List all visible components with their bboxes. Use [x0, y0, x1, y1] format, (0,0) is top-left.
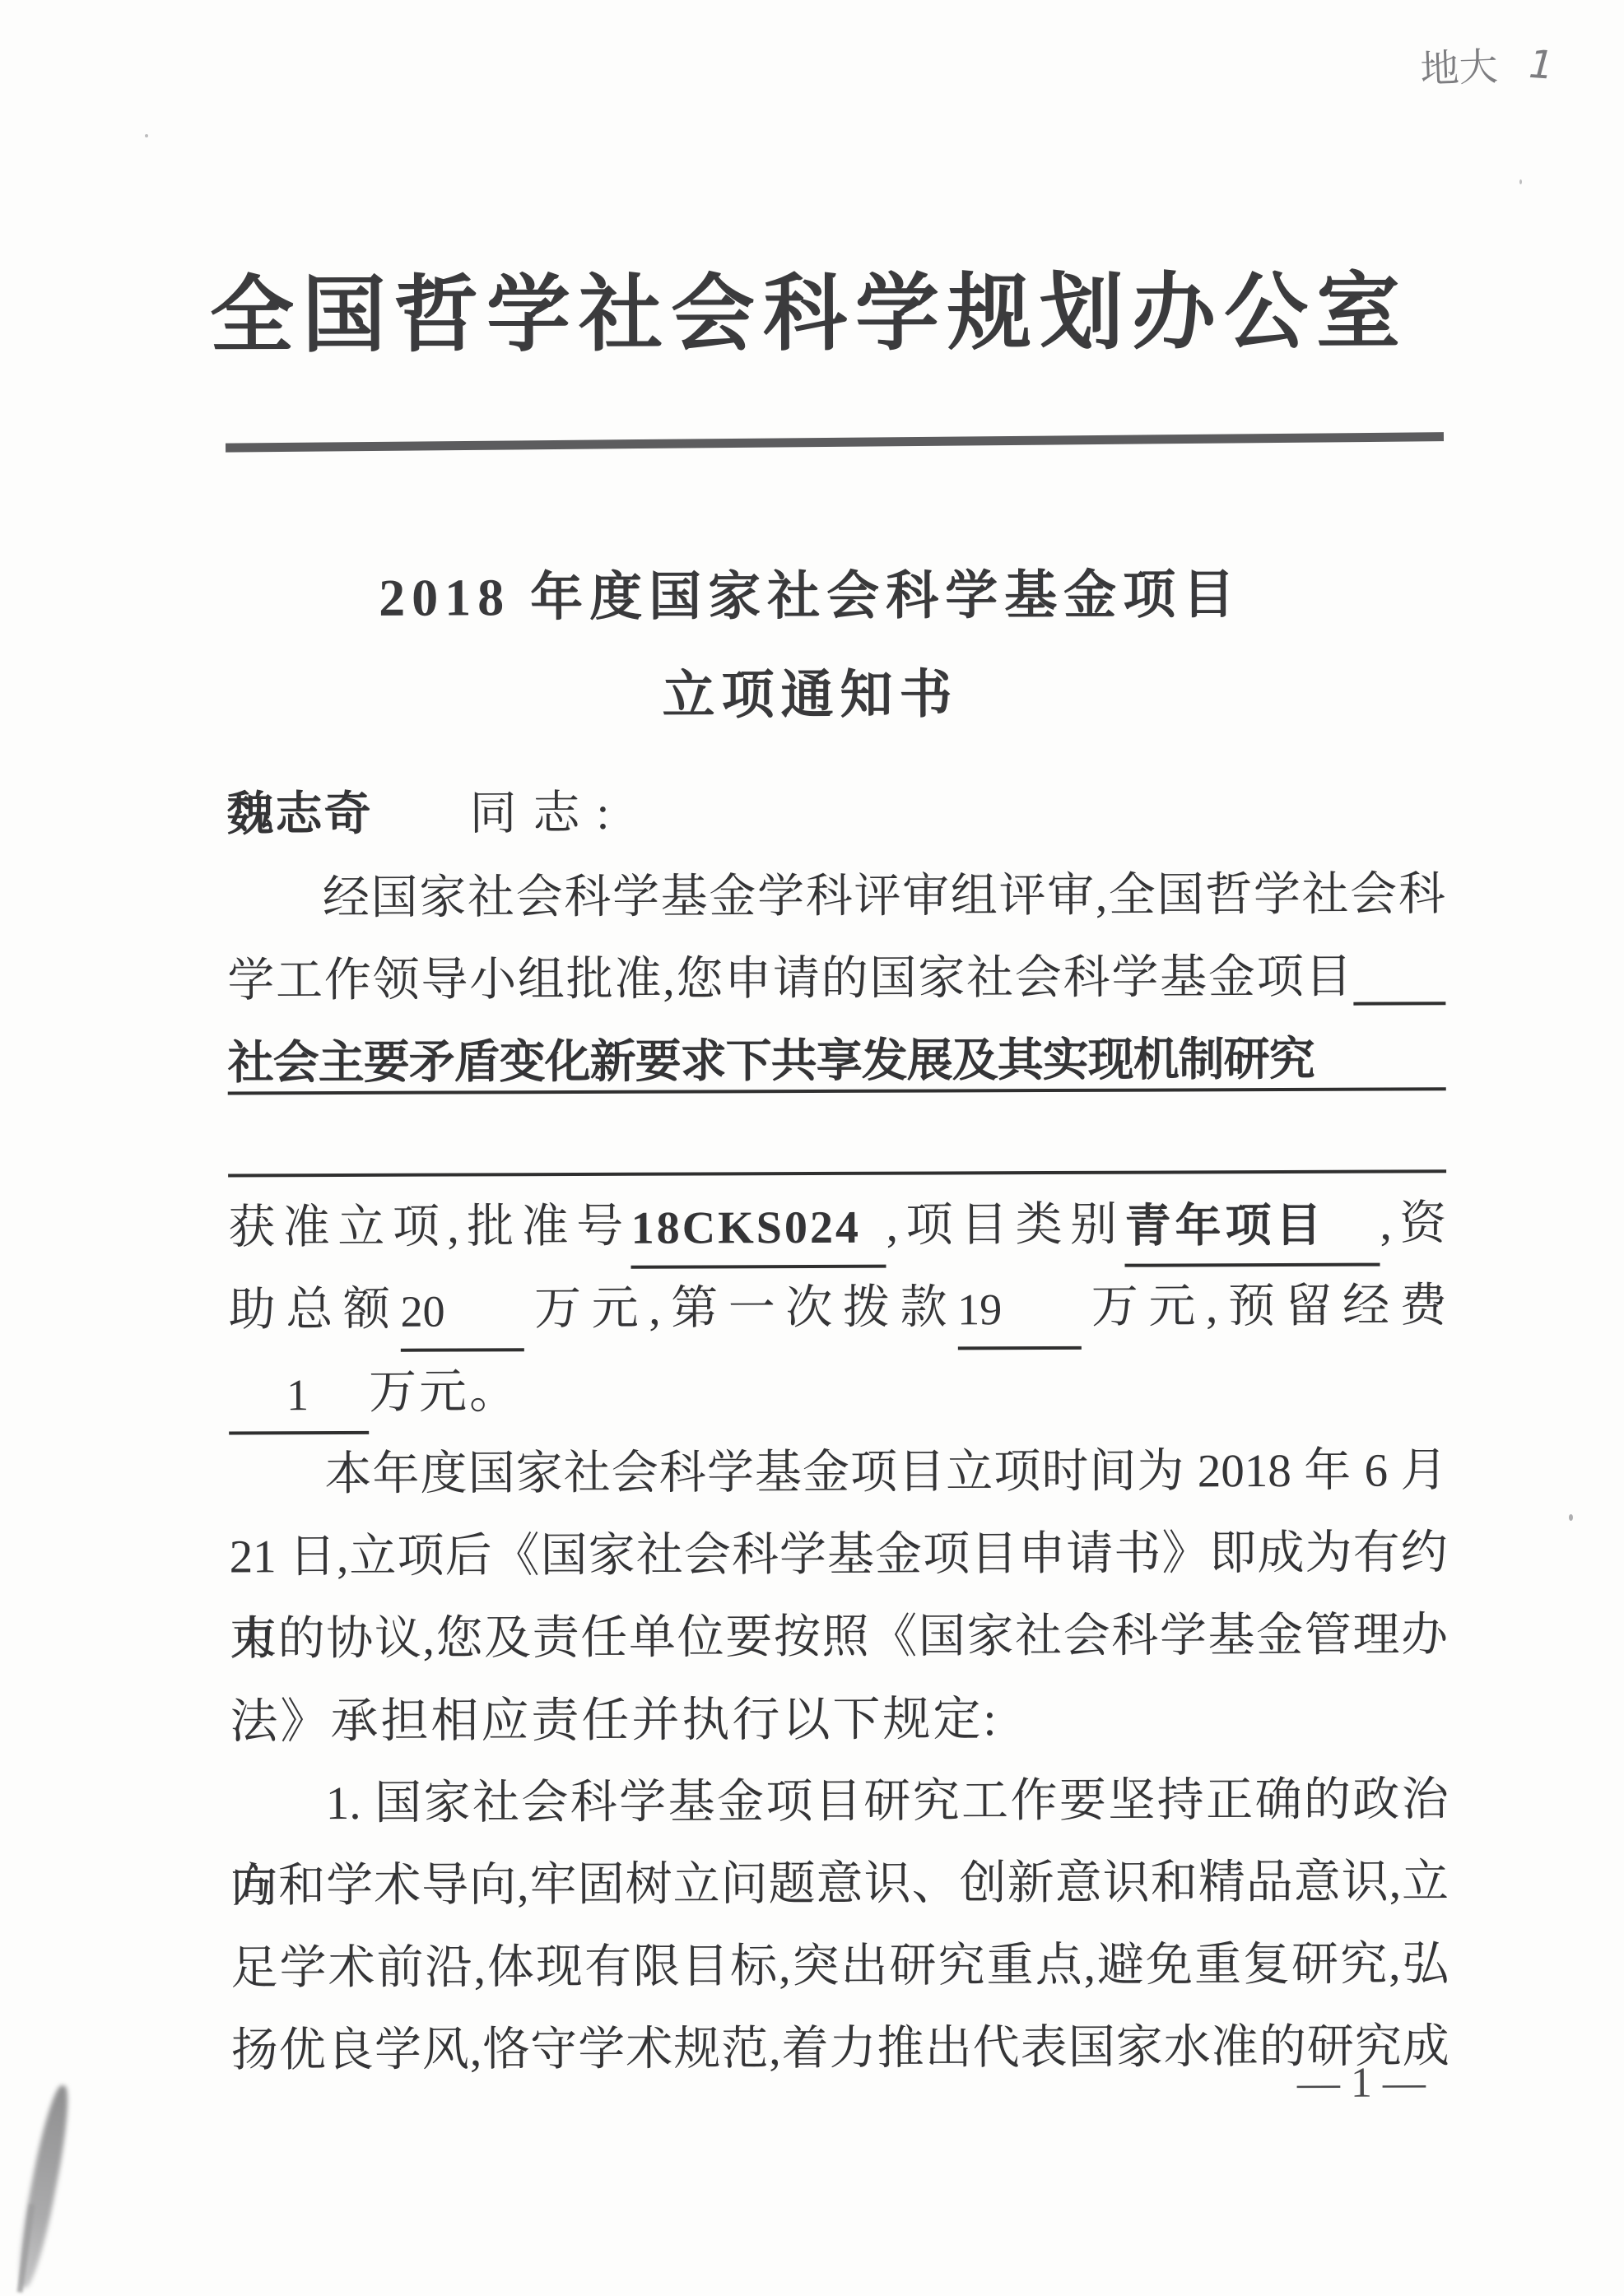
scan-speck	[145, 134, 148, 137]
first-payment-blank: 19	[957, 1295, 1081, 1350]
paragraph3-line1: 1. 国家社会科学基金项目研究工作要坚持正确的政治方	[230, 1759, 1449, 1845]
paragraph2-line3: 力的协议,您及责任单位要按照《国家社会科学基金管理办	[230, 1594, 1448, 1680]
funding-seg2: ,项目类别	[886, 1199, 1125, 1252]
funding-seg6: 万元,预留经费	[1081, 1280, 1447, 1333]
salutation-suffix: 同志:	[469, 788, 626, 840]
handwritten-number: 1	[1528, 42, 1555, 89]
paragraph2-line2: 21 日,立项后《国家社会科学基金项目申请书》即成为有约束	[230, 1512, 1448, 1598]
approval-number: 18CKS024	[631, 1202, 861, 1254]
project-title: 社会主要矛盾变化新要求下共享发展及其实现机制研究	[227, 1018, 1445, 1104]
total-amount-blank: 20	[400, 1297, 523, 1352]
project-category-blank: 青年项目	[1125, 1212, 1380, 1267]
blank-underline-tail	[1353, 954, 1445, 1005]
reserved-amount-blank: 1	[229, 1380, 369, 1435]
document-title-line2: 立项通知书	[0, 644, 1622, 748]
page-number: — 1 —	[1197, 2053, 1526, 2113]
paragraph2-line4: 法》承担相应责任并执行以下规定:	[230, 1676, 1448, 1763]
document-body: 经国家社会科学基金学科评审组评审,全国哲学社会科 学工作领导小组批准,您申请的国…	[227, 853, 1450, 2092]
paragraph3-line2: 向和学术导向,牢固树立问题意识、创新意识和精品意识,立	[230, 1841, 1449, 1927]
paragraph3-line3: 足学术前沿,体现有限目标,突出研究重点,避免重复研究,弘	[230, 1923, 1449, 2010]
funding-seg3: ,资	[1380, 1197, 1446, 1249]
paragraph1-line2: 学工作领导小组批准,您申请的国家社会科学基金项目	[227, 936, 1445, 1022]
salutation: 魏志奇同志:	[226, 773, 626, 857]
reserved-amount: 1	[286, 1369, 311, 1420]
funding-seg1: 获准立项,批准号	[228, 1201, 631, 1254]
scan-speck	[1519, 179, 1522, 184]
approval-number-blank: 18CKS024	[631, 1214, 886, 1269]
project-category: 青年项目	[1124, 1201, 1325, 1253]
document-title: 2018 年度国家社会科学基金项目 立项通知书	[0, 545, 1622, 748]
scanned-document-page: 地大 1 全国哲学社会科学规划办公室 2018 年度国家社会科学基金项目 立项通…	[0, 0, 1624, 2296]
funding-line2: 助总额20万元,第一次拨款19万元,预留经费	[229, 1265, 1447, 1351]
header-divider	[226, 432, 1444, 452]
paragraph1-line1: 经国家社会科学基金学科评审组评审,全国哲学社会科	[227, 853, 1445, 940]
document-title-line1: 2018 年度国家社会科学基金项目	[0, 545, 1622, 649]
funding-line1: 获准立项,批准号18CKS024,项目类别青年项目,资	[228, 1183, 1446, 1269]
funding-line3: 1万元。	[229, 1347, 1447, 1434]
handwritten-text: 地大	[1419, 36, 1499, 95]
handwritten-annotation: 地大 1	[1419, 32, 1610, 95]
scan-speck	[1569, 1514, 1573, 1521]
recipient-name: 魏志奇	[226, 788, 372, 841]
first-payment: 19	[957, 1284, 1002, 1335]
empty-underline-row	[228, 1100, 1446, 1187]
funding-seg4: 助总额	[229, 1284, 401, 1336]
paragraph2-line1: 本年度国家社会科学基金项目立项时间为 2018 年 6 月	[229, 1429, 1447, 1516]
document-content: 地大 1 全国哲学社会科学规划办公室 2018 年度国家社会科学基金项目 立项通…	[0, 0, 1624, 2296]
total-amount: 20	[400, 1286, 444, 1337]
organization-title: 全国哲学社会科学规划办公室	[0, 244, 1622, 370]
paragraph1-line2-text: 学工作领导小组批准,您申请的国家社会科学基金项目	[227, 951, 1353, 1007]
funding-seg7: 万元。	[369, 1364, 519, 1419]
funding-seg5: 万元,第一次拨款	[523, 1281, 957, 1335]
